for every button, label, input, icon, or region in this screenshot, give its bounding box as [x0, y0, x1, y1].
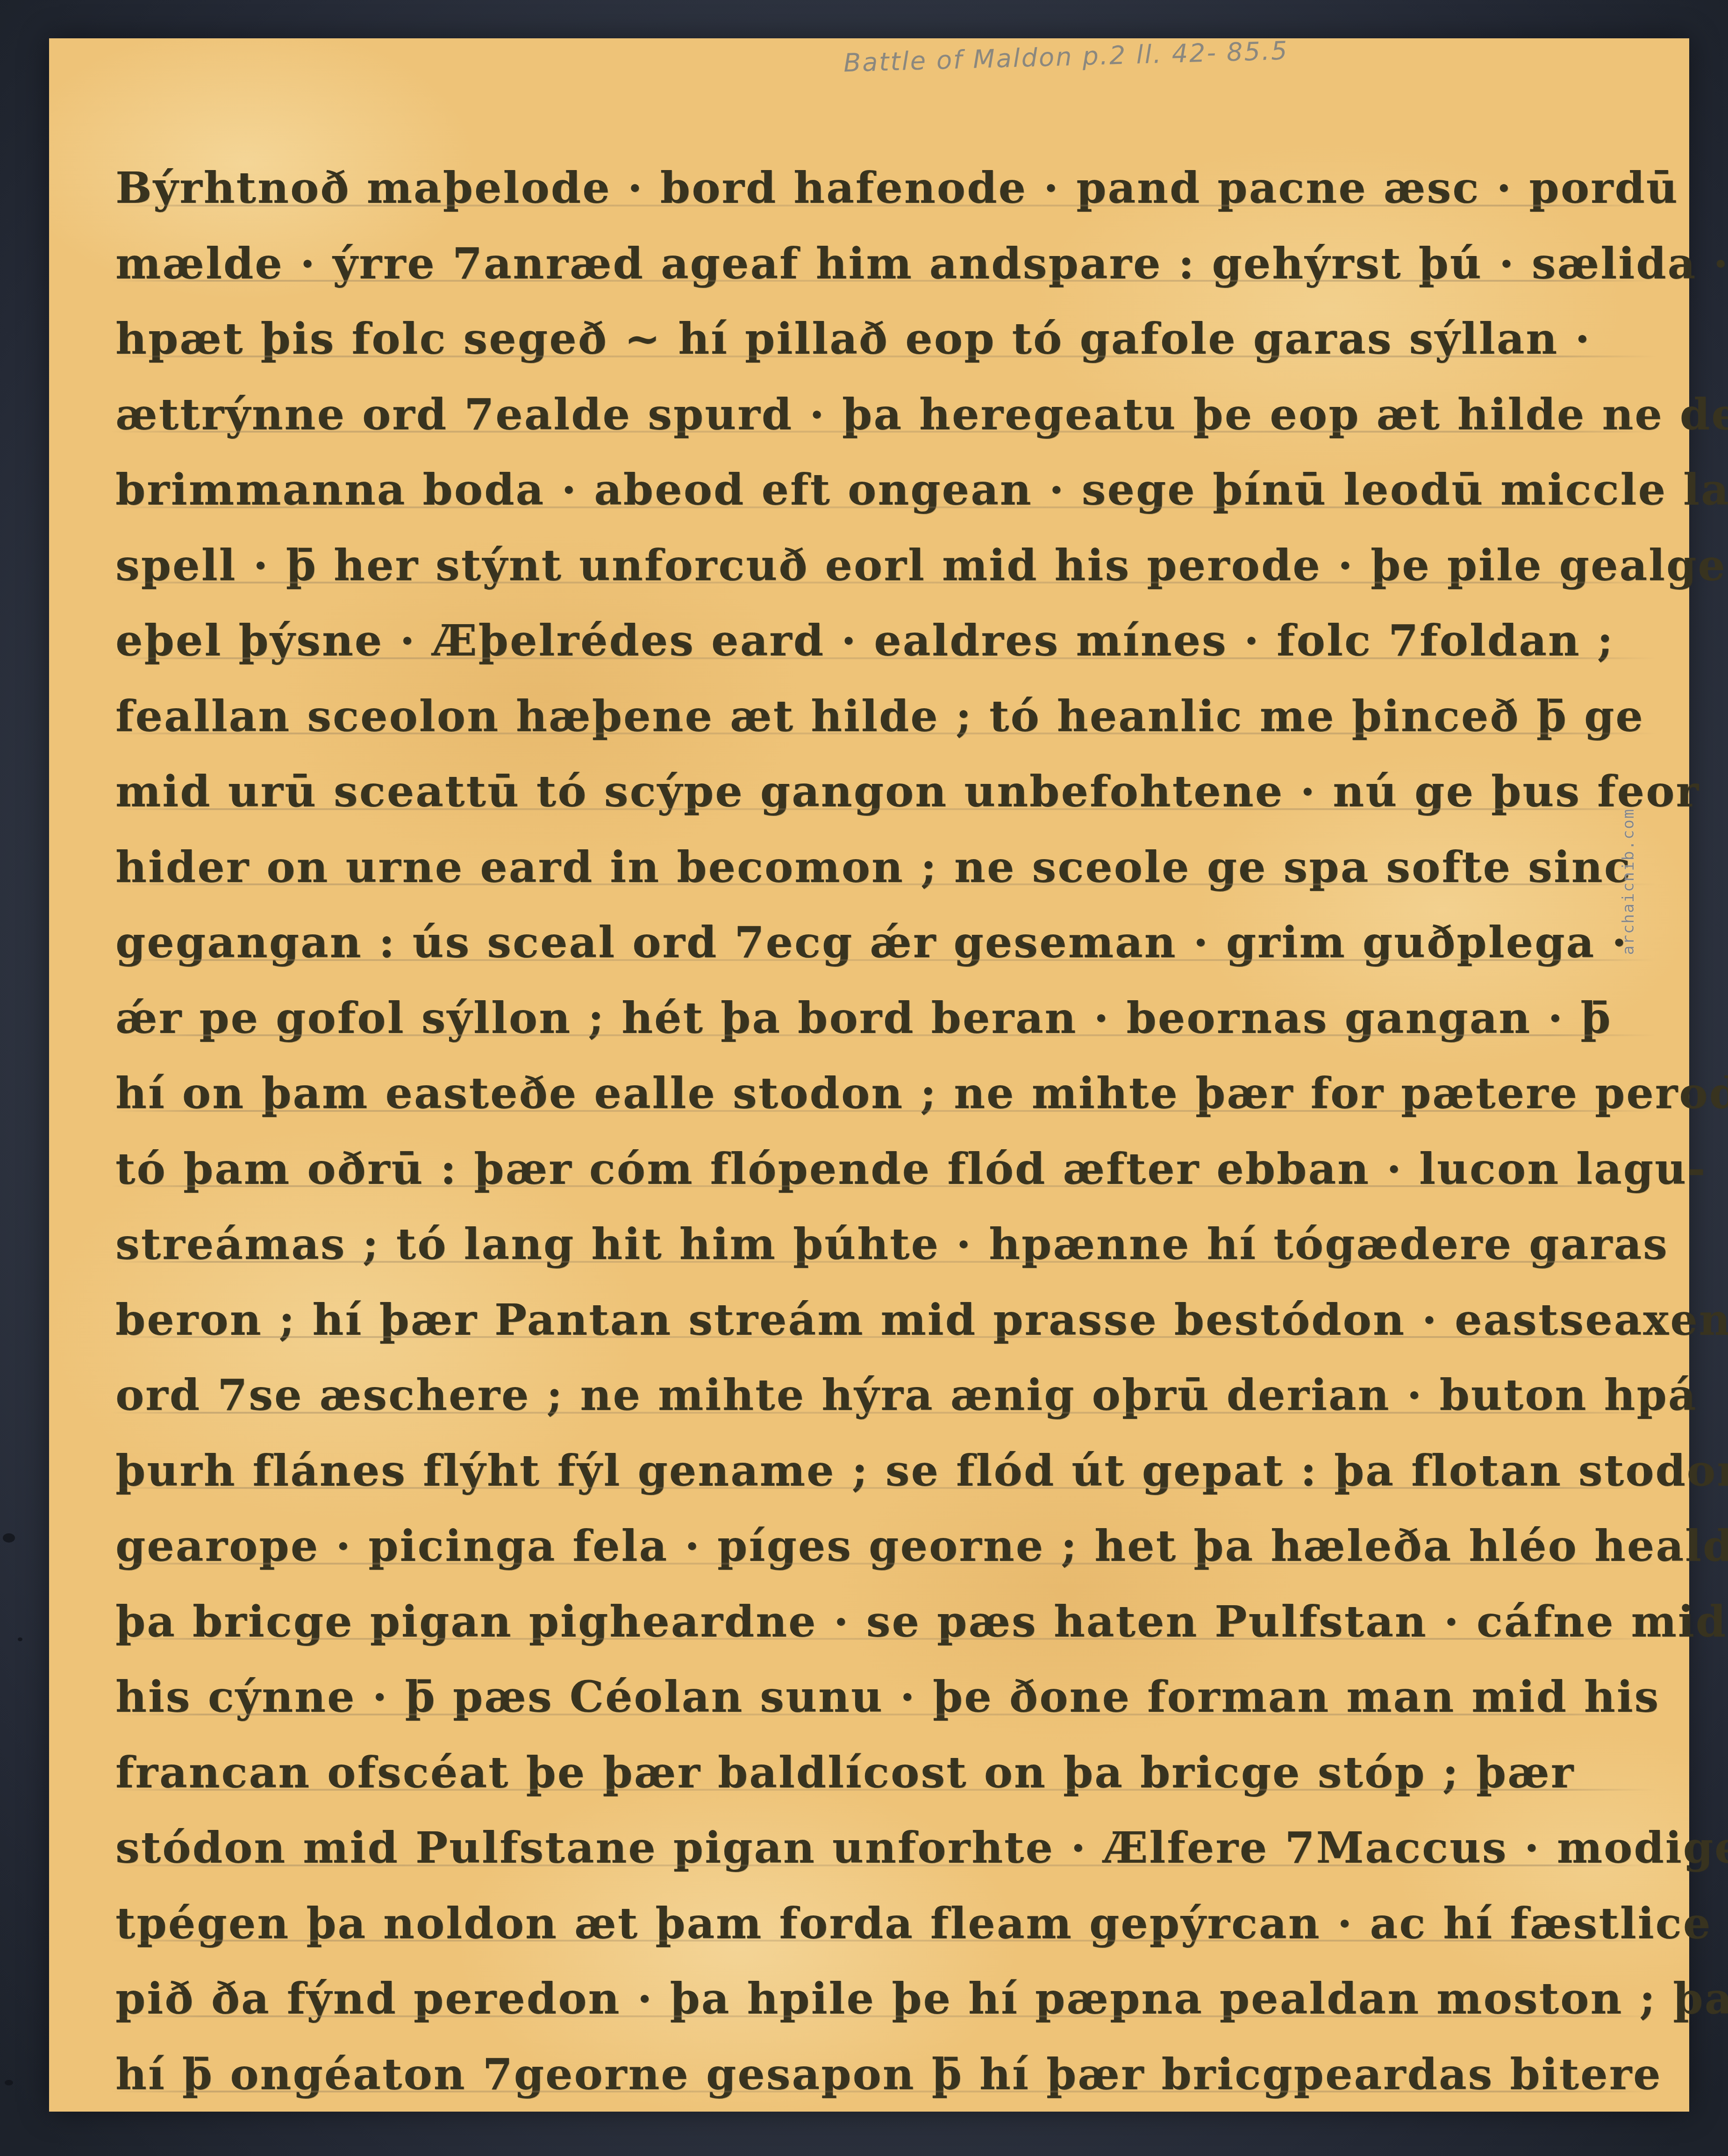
manuscript-line: þurh flánes flýht fýl gename ; se flód ú…	[115, 1433, 1661, 1509]
dust-speck	[18, 1637, 22, 1641]
manuscript-line: ord 7se æschere ; ne mihte hýra ænig oþr…	[115, 1358, 1661, 1433]
pencil-annotation: Battle of Maldon p.2 ll. 42- 85.5	[843, 34, 1357, 78]
parchment-page: Battle of Maldon p.2 ll. 42- 85.5 Býrhtn…	[49, 38, 1689, 2112]
manuscript-line: brimmanna boda · abeod eft ongean · sege…	[115, 452, 1661, 528]
dust-speck	[3, 1533, 15, 1543]
manuscript-line: francan ofscéat þe þær baldlícost on þa …	[115, 1735, 1661, 1811]
manuscript-line: feallan sceolon hæþene æt hilde ; tó hea…	[115, 679, 1661, 754]
manuscript-line: spell · þ̄ her stýnt unforcuð eorl mid h…	[115, 528, 1661, 604]
manuscript-line: beron ; hí þær Pantan streám mid prasse …	[115, 1282, 1661, 1358]
manuscript-line: eþel þýsne · Æþelrédes eard · ealdres mí…	[115, 603, 1661, 679]
manuscript-line: pið ða fýnd peredon · þa hpile þe hí pæp…	[115, 1961, 1661, 2037]
manuscript-line: hpæt þis folc segeð ~ hí pillað eop tó g…	[115, 301, 1661, 377]
manuscript-line: ættrýnne ord 7ealde spurd · þa heregeatu…	[115, 377, 1661, 453]
manuscript-line: stódon mid Pulfstane pigan unforhte · Æl…	[115, 1810, 1661, 1886]
manuscript-line: mid urū sceattū tó scýpe gangon unbefoht…	[115, 754, 1661, 830]
photo-background: Battle of Maldon p.2 ll. 42- 85.5 Býrhtn…	[0, 0, 1728, 2156]
watermark-text: archaicnib.com	[1620, 808, 1638, 955]
manuscript-line: mælde · ýrre 7anræd ageaf him andspare :…	[115, 226, 1661, 302]
manuscript-line: gearope · picinga fela · píges georne ; …	[115, 1508, 1661, 1584]
dust-speck	[5, 2080, 13, 2085]
manuscript-line: gegangan : ús sceal ord 7ecg ǽr geseman …	[115, 905, 1661, 981]
manuscript-line: his cýnne · þ̄ pæs Céolan sunu · þe ðone…	[115, 1659, 1661, 1735]
manuscript-line: hider on urne eard in becomon ; ne sceol…	[115, 830, 1661, 905]
manuscript-line: hí on þam easteðe ealle stodon ; ne miht…	[115, 1056, 1661, 1131]
manuscript-line: streámas ; tó lang hit him þúhte · hpænn…	[115, 1207, 1661, 1282]
manuscript-line: tpégen þa noldon æt þam forda fleam gepý…	[115, 1886, 1661, 1962]
manuscript-line: Býrhtnoð maþelode · bord hafenode · pand…	[115, 150, 1661, 226]
manuscript-line: ǽr pe gofol sýllon ; hét þa bord beran ·…	[115, 981, 1661, 1056]
manuscript-line: tó þam oðrū : þær cóm flópende flód æfte…	[115, 1131, 1661, 1207]
manuscript-line: þa bricge pigan pigheardne · se pæs hate…	[115, 1584, 1661, 1660]
manuscript-line: hí þ̄ ongéaton 7georne gesapon þ̄ hí þær…	[115, 2037, 1661, 2113]
manuscript-text: Býrhtnoð maþelode · bord hafenode · pand…	[115, 150, 1661, 2112]
